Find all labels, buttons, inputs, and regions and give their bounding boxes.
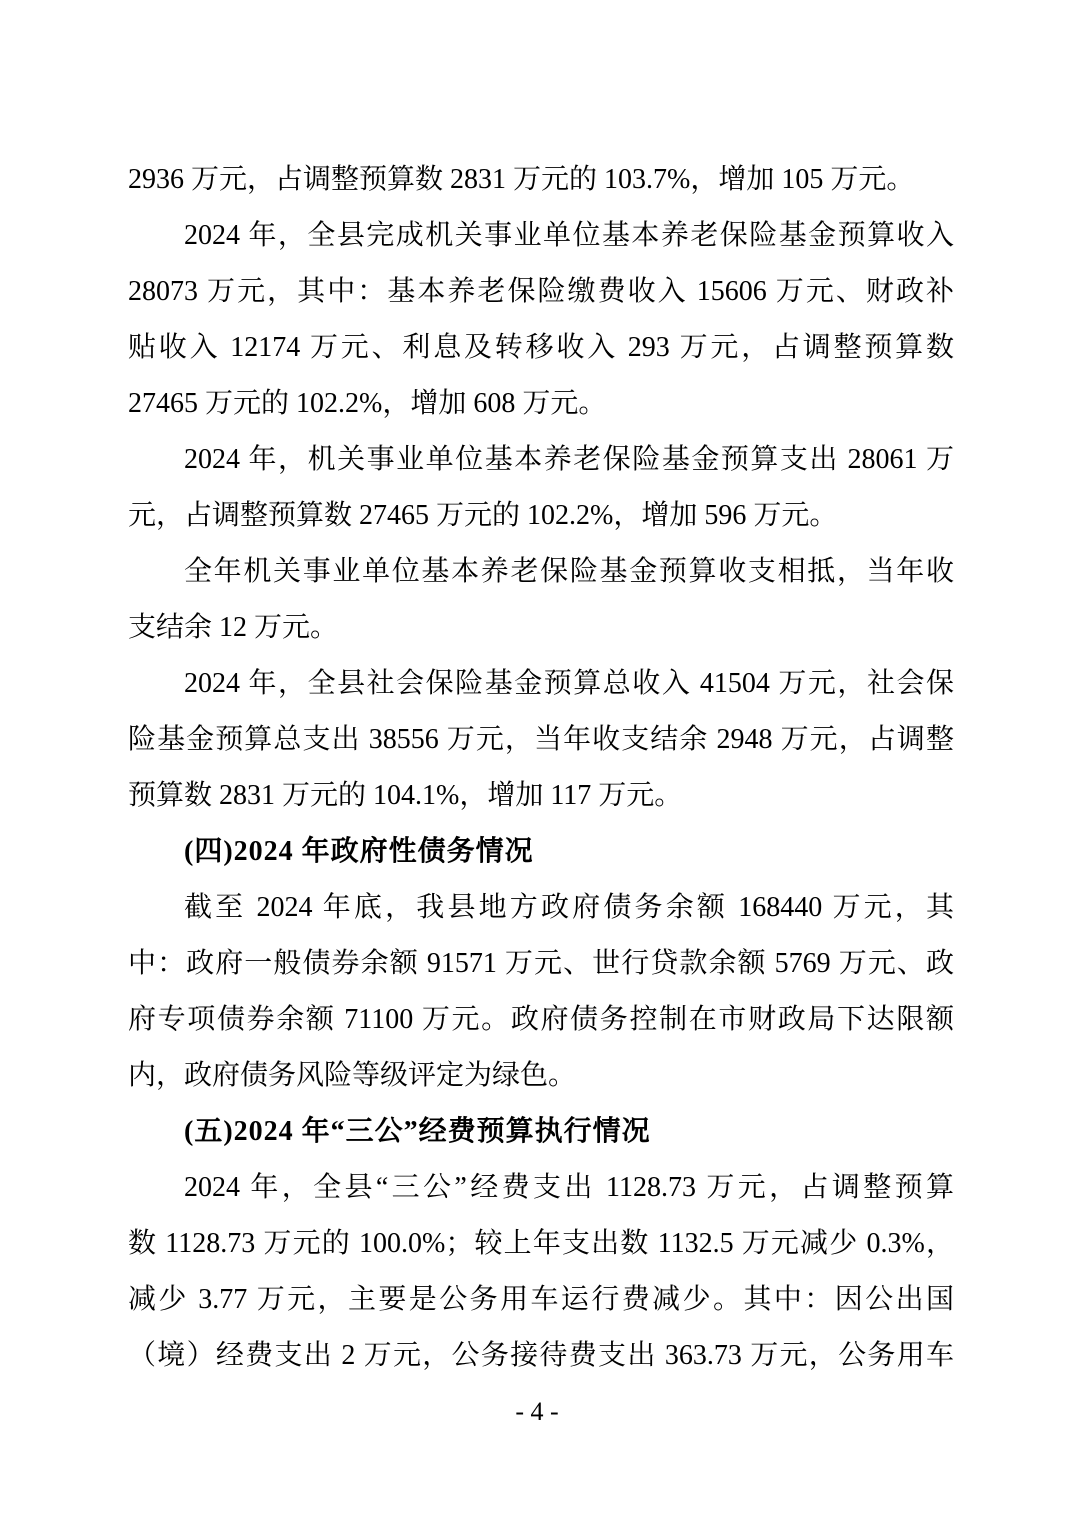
text-line: （境）经费支出 2 万元，公务接待费支出 363.73 万元，公务用车 (128, 1328, 954, 1384)
paragraph: 2024 年，机关事业单位基本养老保险基金预算支出 28061 万 元，占调整预… (128, 432, 954, 544)
text-line: 2024 年，机关事业单位基本养老保险基金预算支出 28061 万 (128, 432, 954, 488)
document-page: 2936 万元，占调整预算数 2831 万元的 103.7%，增加 105 万元… (0, 0, 1074, 1520)
text-line: 2024 年，全县完成机关事业单位基本养老保险基金预算收入 (128, 208, 954, 264)
page-number: - 4 - (0, 1392, 1074, 1432)
text-line: 27465 万元的 102.2%，增加 608 万元。 (128, 376, 954, 432)
paragraph: 2024 年，全县“三公”经费支出 1128.73 万元，占调整预算 数 112… (128, 1160, 954, 1384)
text-line: 贴收入 12174 万元、利息及转移收入 293 万元，占调整预算数 (128, 320, 954, 376)
section-heading-debt: (四)2024 年政府性债务情况 (128, 824, 954, 880)
document-body: 2936 万元，占调整预算数 2831 万元的 103.7%，增加 105 万元… (128, 152, 954, 1384)
text-line: 截至 2024 年底，我县地方政府债务余额 168440 万元，其 (128, 880, 954, 936)
text-line: 减少 3.77 万元，主要是公务用车运行费减少。其中：因公出国 (128, 1272, 954, 1328)
text-line: 支结余 12 万元。 (128, 600, 954, 656)
paragraph: 2024 年，全县社会保险基金预算总收入 41504 万元，社会保 险基金预算总… (128, 656, 954, 824)
text-line: 2936 万元，占调整预算数 2831 万元的 103.7%，增加 105 万元… (128, 152, 954, 208)
text-line: 府专项债券余额 71100 万元。政府债务控制在市财政局下达限额 (128, 992, 954, 1048)
paragraph: 全年机关事业单位基本养老保险基金预算收支相抵，当年收 支结余 12 万元。 (128, 544, 954, 656)
paragraph: 2024 年，全县完成机关事业单位基本养老保险基金预算收入 28073 万元，其… (128, 208, 954, 432)
text-line: 元，占调整预算数 27465 万元的 102.2%，增加 596 万元。 (128, 488, 954, 544)
text-line: 全年机关事业单位基本养老保险基金预算收支相抵，当年收 (128, 544, 954, 600)
text-line: 28073 万元，其中：基本养老保险缴费收入 15606 万元、财政补 (128, 264, 954, 320)
text-line: 数 1128.73 万元的 100.0%；较上年支出数 1132.5 万元减少 … (128, 1216, 954, 1272)
text-line: 中：政府一般债券余额 91571 万元、世行贷款余额 5769 万元、政 (128, 936, 954, 992)
heading-text: (五)2024 年“三公”经费预算执行情况 (128, 1104, 954, 1160)
text-line: 2024 年，全县“三公”经费支出 1128.73 万元，占调整预算 (128, 1160, 954, 1216)
text-line: 险基金预算总支出 38556 万元，当年收支结余 2948 万元，占调整 (128, 712, 954, 768)
paragraph: 截至 2024 年底，我县地方政府债务余额 168440 万元，其 中：政府一般… (128, 880, 954, 1104)
section-heading-three-public-funds: (五)2024 年“三公”经费预算执行情况 (128, 1104, 954, 1160)
text-line: 2024 年，全县社会保险基金预算总收入 41504 万元，社会保 (128, 656, 954, 712)
heading-text: (四)2024 年政府性债务情况 (128, 824, 954, 880)
text-line: 预算数 2831 万元的 104.1%，增加 117 万元。 (128, 768, 954, 824)
text-line: 内，政府债务风险等级评定为绿色。 (128, 1048, 954, 1104)
paragraph: 2936 万元，占调整预算数 2831 万元的 103.7%，增加 105 万元… (128, 152, 954, 208)
